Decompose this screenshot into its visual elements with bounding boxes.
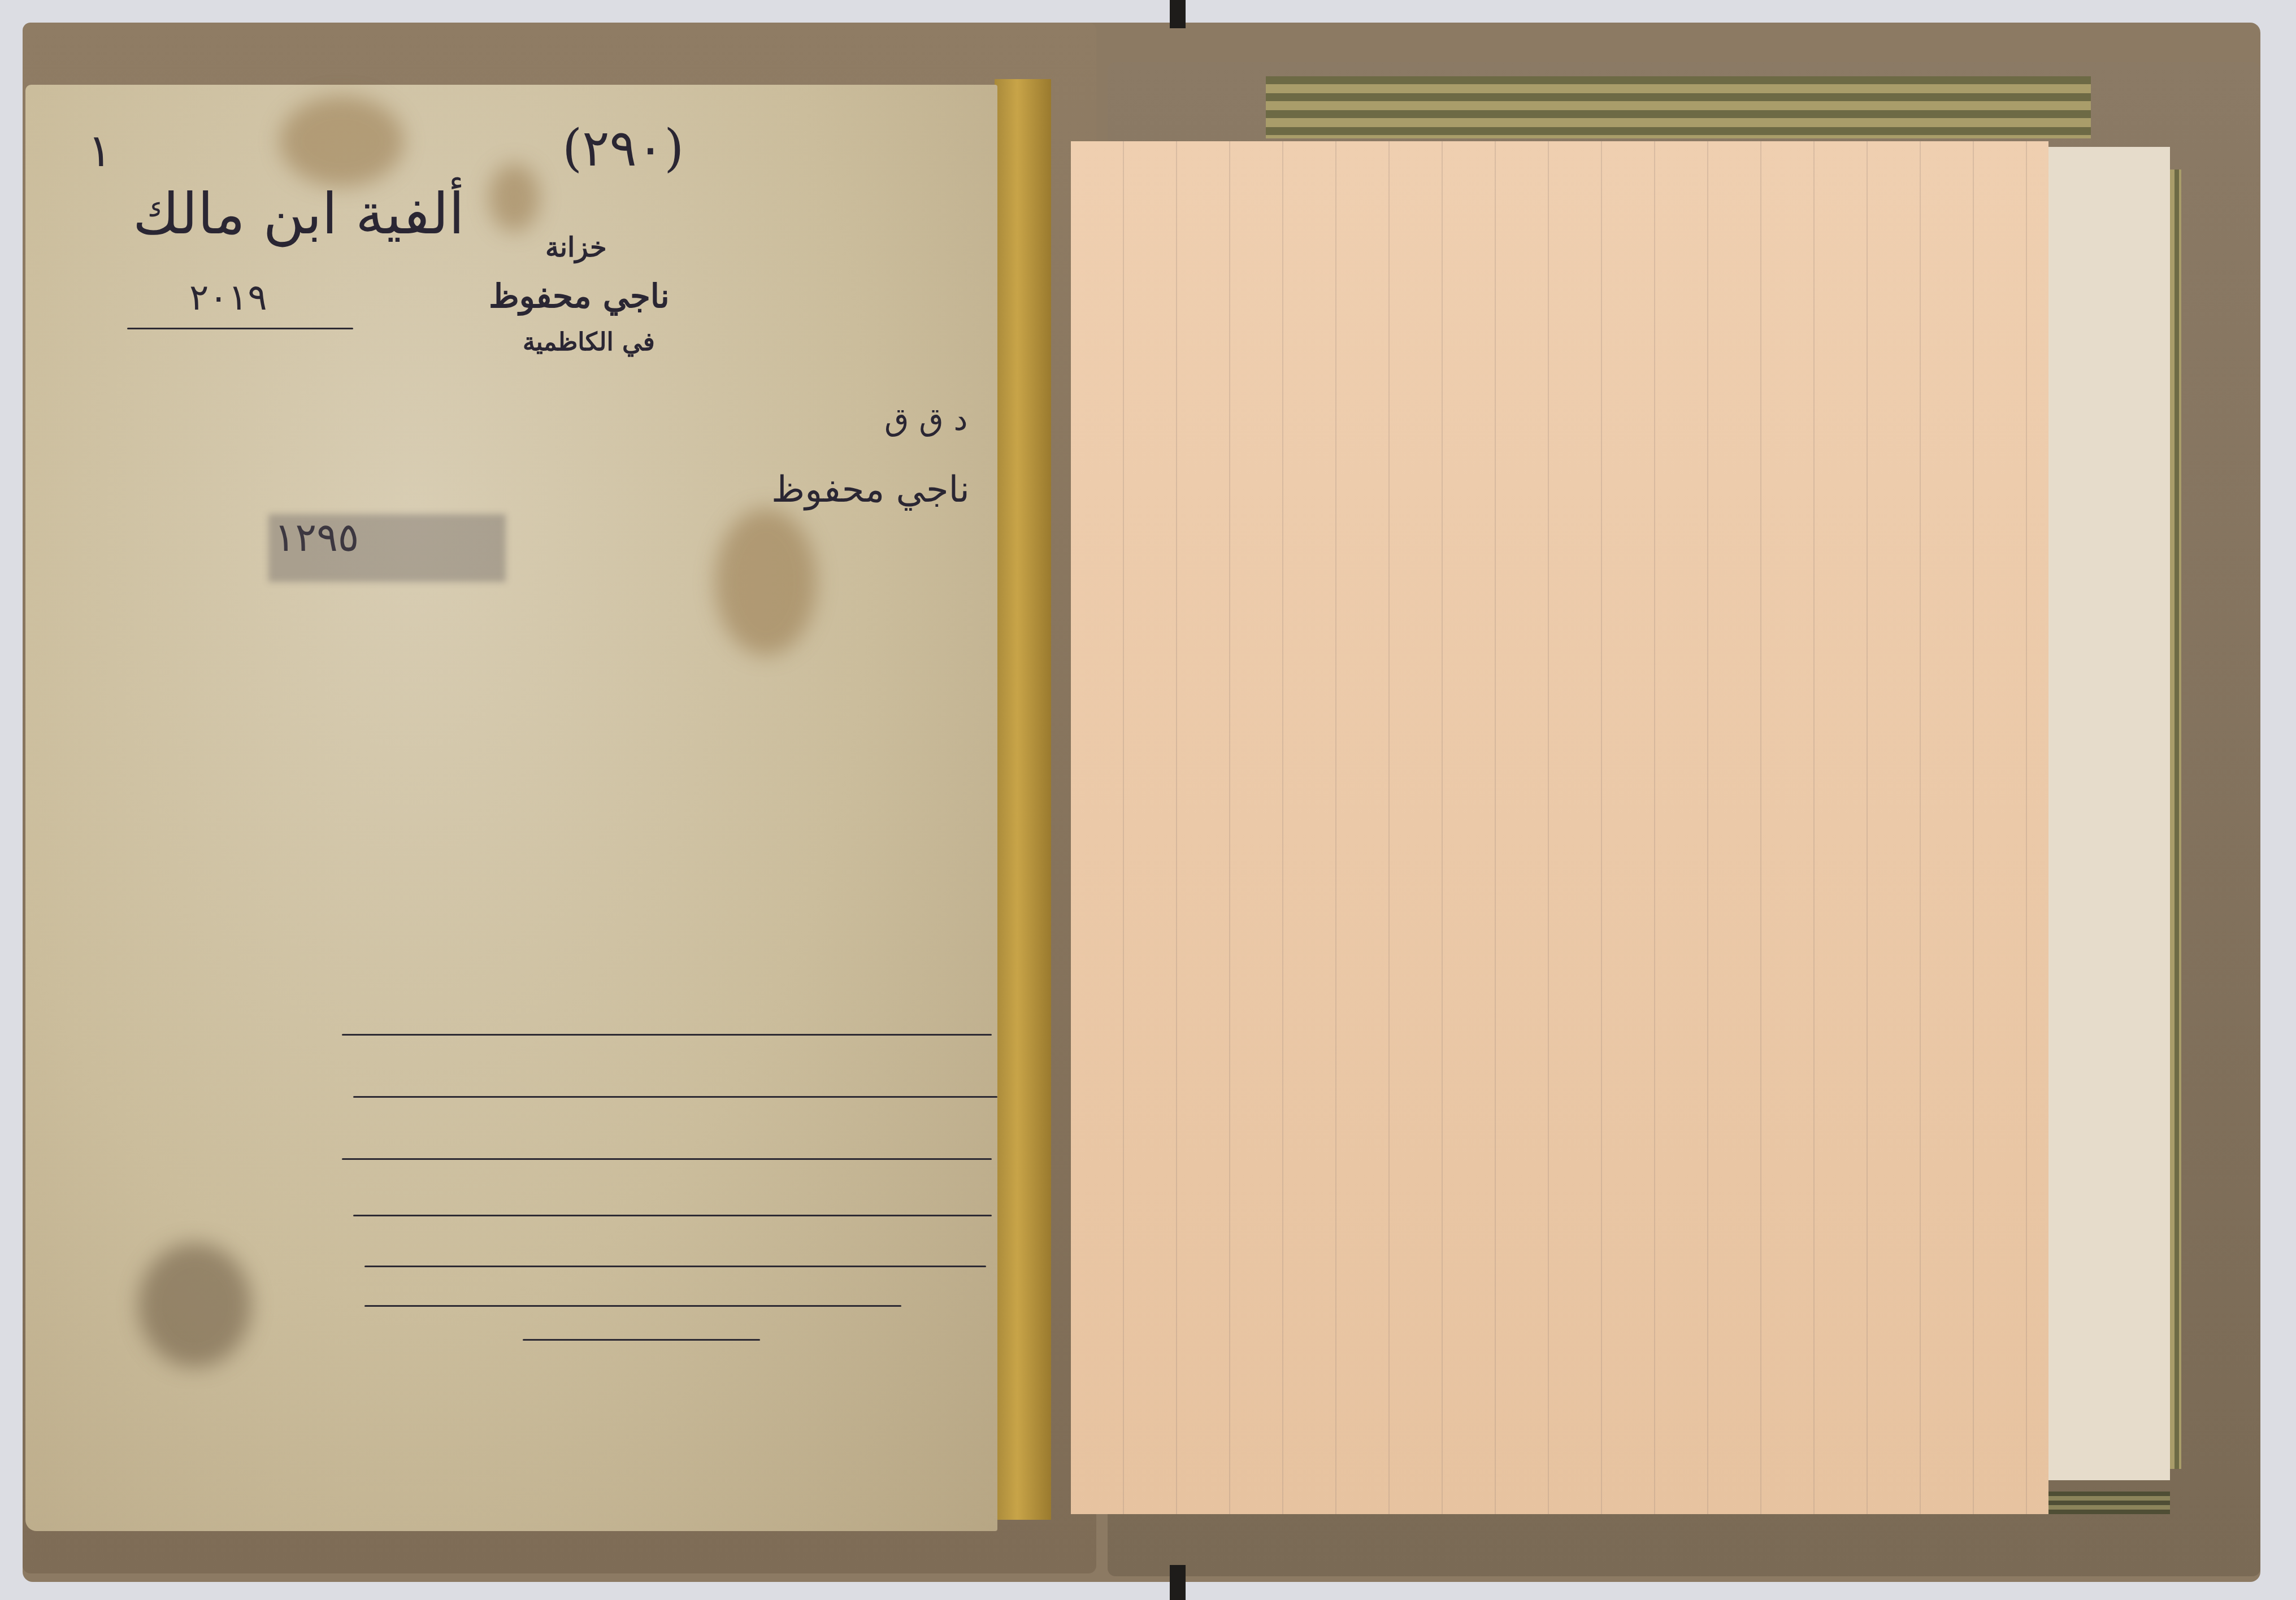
shelf-number: (٢٩٠) bbox=[562, 119, 684, 178]
seal-impression bbox=[268, 514, 506, 582]
manuscript-title: ألفية ابن مالك bbox=[133, 181, 465, 247]
stain bbox=[715, 508, 817, 655]
stamp-line-3: في الكاظمية bbox=[523, 328, 655, 356]
abbreviation-note: د ق ق bbox=[884, 401, 967, 438]
stain bbox=[489, 164, 540, 232]
note-line bbox=[364, 1305, 901, 1307]
note-line bbox=[523, 1339, 760, 1341]
note-line bbox=[353, 1096, 997, 1098]
inscribed-pastedown: ١ (٢٩٠) ألفية ابن مالك خزانة ناجي محفوظ … bbox=[25, 85, 997, 1531]
note-line bbox=[342, 1034, 992, 1036]
headband-textile bbox=[1266, 76, 2091, 138]
stain bbox=[280, 96, 404, 186]
catalog-number: ٢٠١٩ bbox=[189, 277, 267, 319]
underline bbox=[127, 328, 353, 329]
owner-signature: ناجي محفوظ bbox=[771, 469, 970, 511]
stamp-line-2: ناجي محفوظ bbox=[489, 277, 670, 315]
top-strap bbox=[1170, 0, 1186, 28]
stamp-line-1: خزانة bbox=[545, 232, 607, 263]
ruled-flyleaf bbox=[1071, 141, 2048, 1514]
bottom-strap bbox=[1170, 1565, 1186, 1600]
folio-number: ١ bbox=[88, 124, 112, 177]
gilt-spine-strip bbox=[995, 79, 1051, 1520]
note-line bbox=[364, 1266, 986, 1267]
note-line bbox=[342, 1158, 992, 1160]
stain bbox=[138, 1243, 251, 1367]
handwritten-note bbox=[342, 1000, 997, 1367]
note-line bbox=[353, 1215, 992, 1216]
